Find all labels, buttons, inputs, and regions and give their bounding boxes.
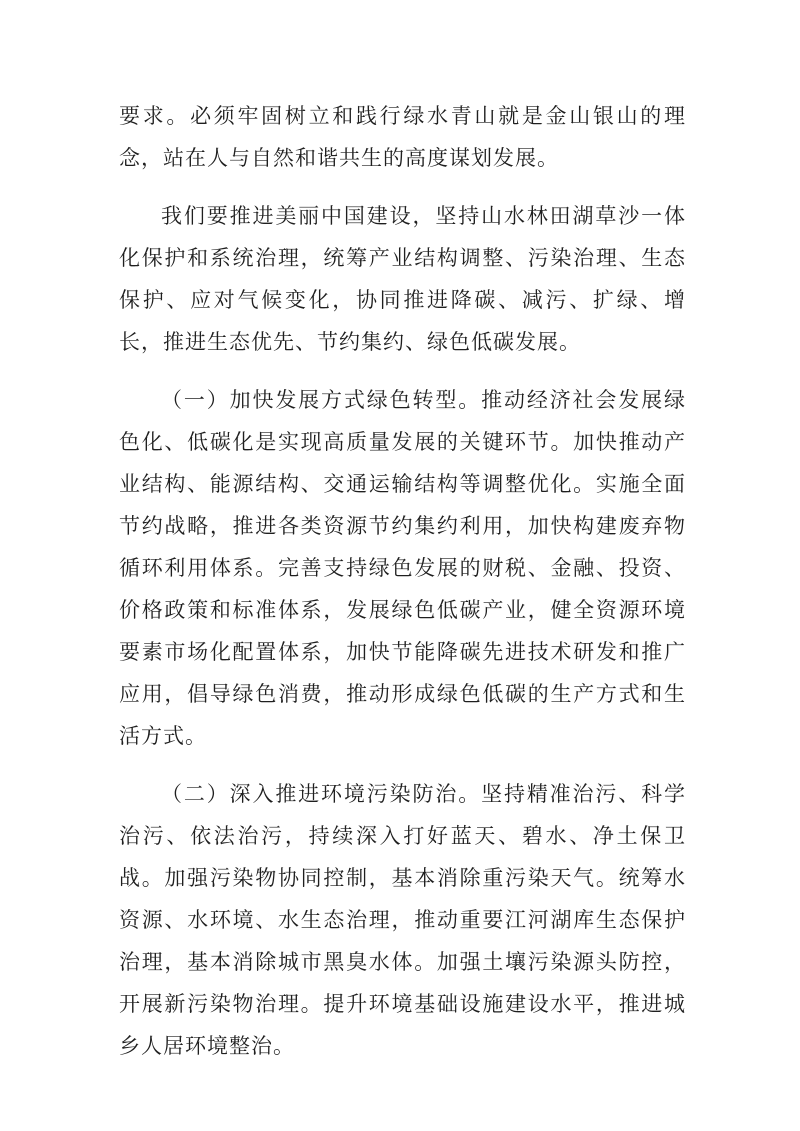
paragraph-continuation: 要求。必须牢固树立和践行绿水青山就是金山银山的理念，站在人与自然和谐共生的高度谋… xyxy=(119,95,686,179)
paragraph-item-1: （一）加快发展方式绿色转型。推动经济社会发展绿色化、低碳化是实现高质量发展的关键… xyxy=(119,379,686,757)
paragraph-intro: 我们要推进美丽中国建设，坚持山水林田湖草沙一体化保护和系统治理，统筹产业结构调整… xyxy=(119,195,686,363)
document-page: 要求。必须牢固树立和践行绿水青山就是金山银山的理念，站在人与自然和谐共生的高度谋… xyxy=(0,0,800,1131)
paragraph-item-2: （二）深入推进环境污染防治。坚持精准治污、科学治污、依法治污，持续深入打好蓝天、… xyxy=(119,773,686,1067)
